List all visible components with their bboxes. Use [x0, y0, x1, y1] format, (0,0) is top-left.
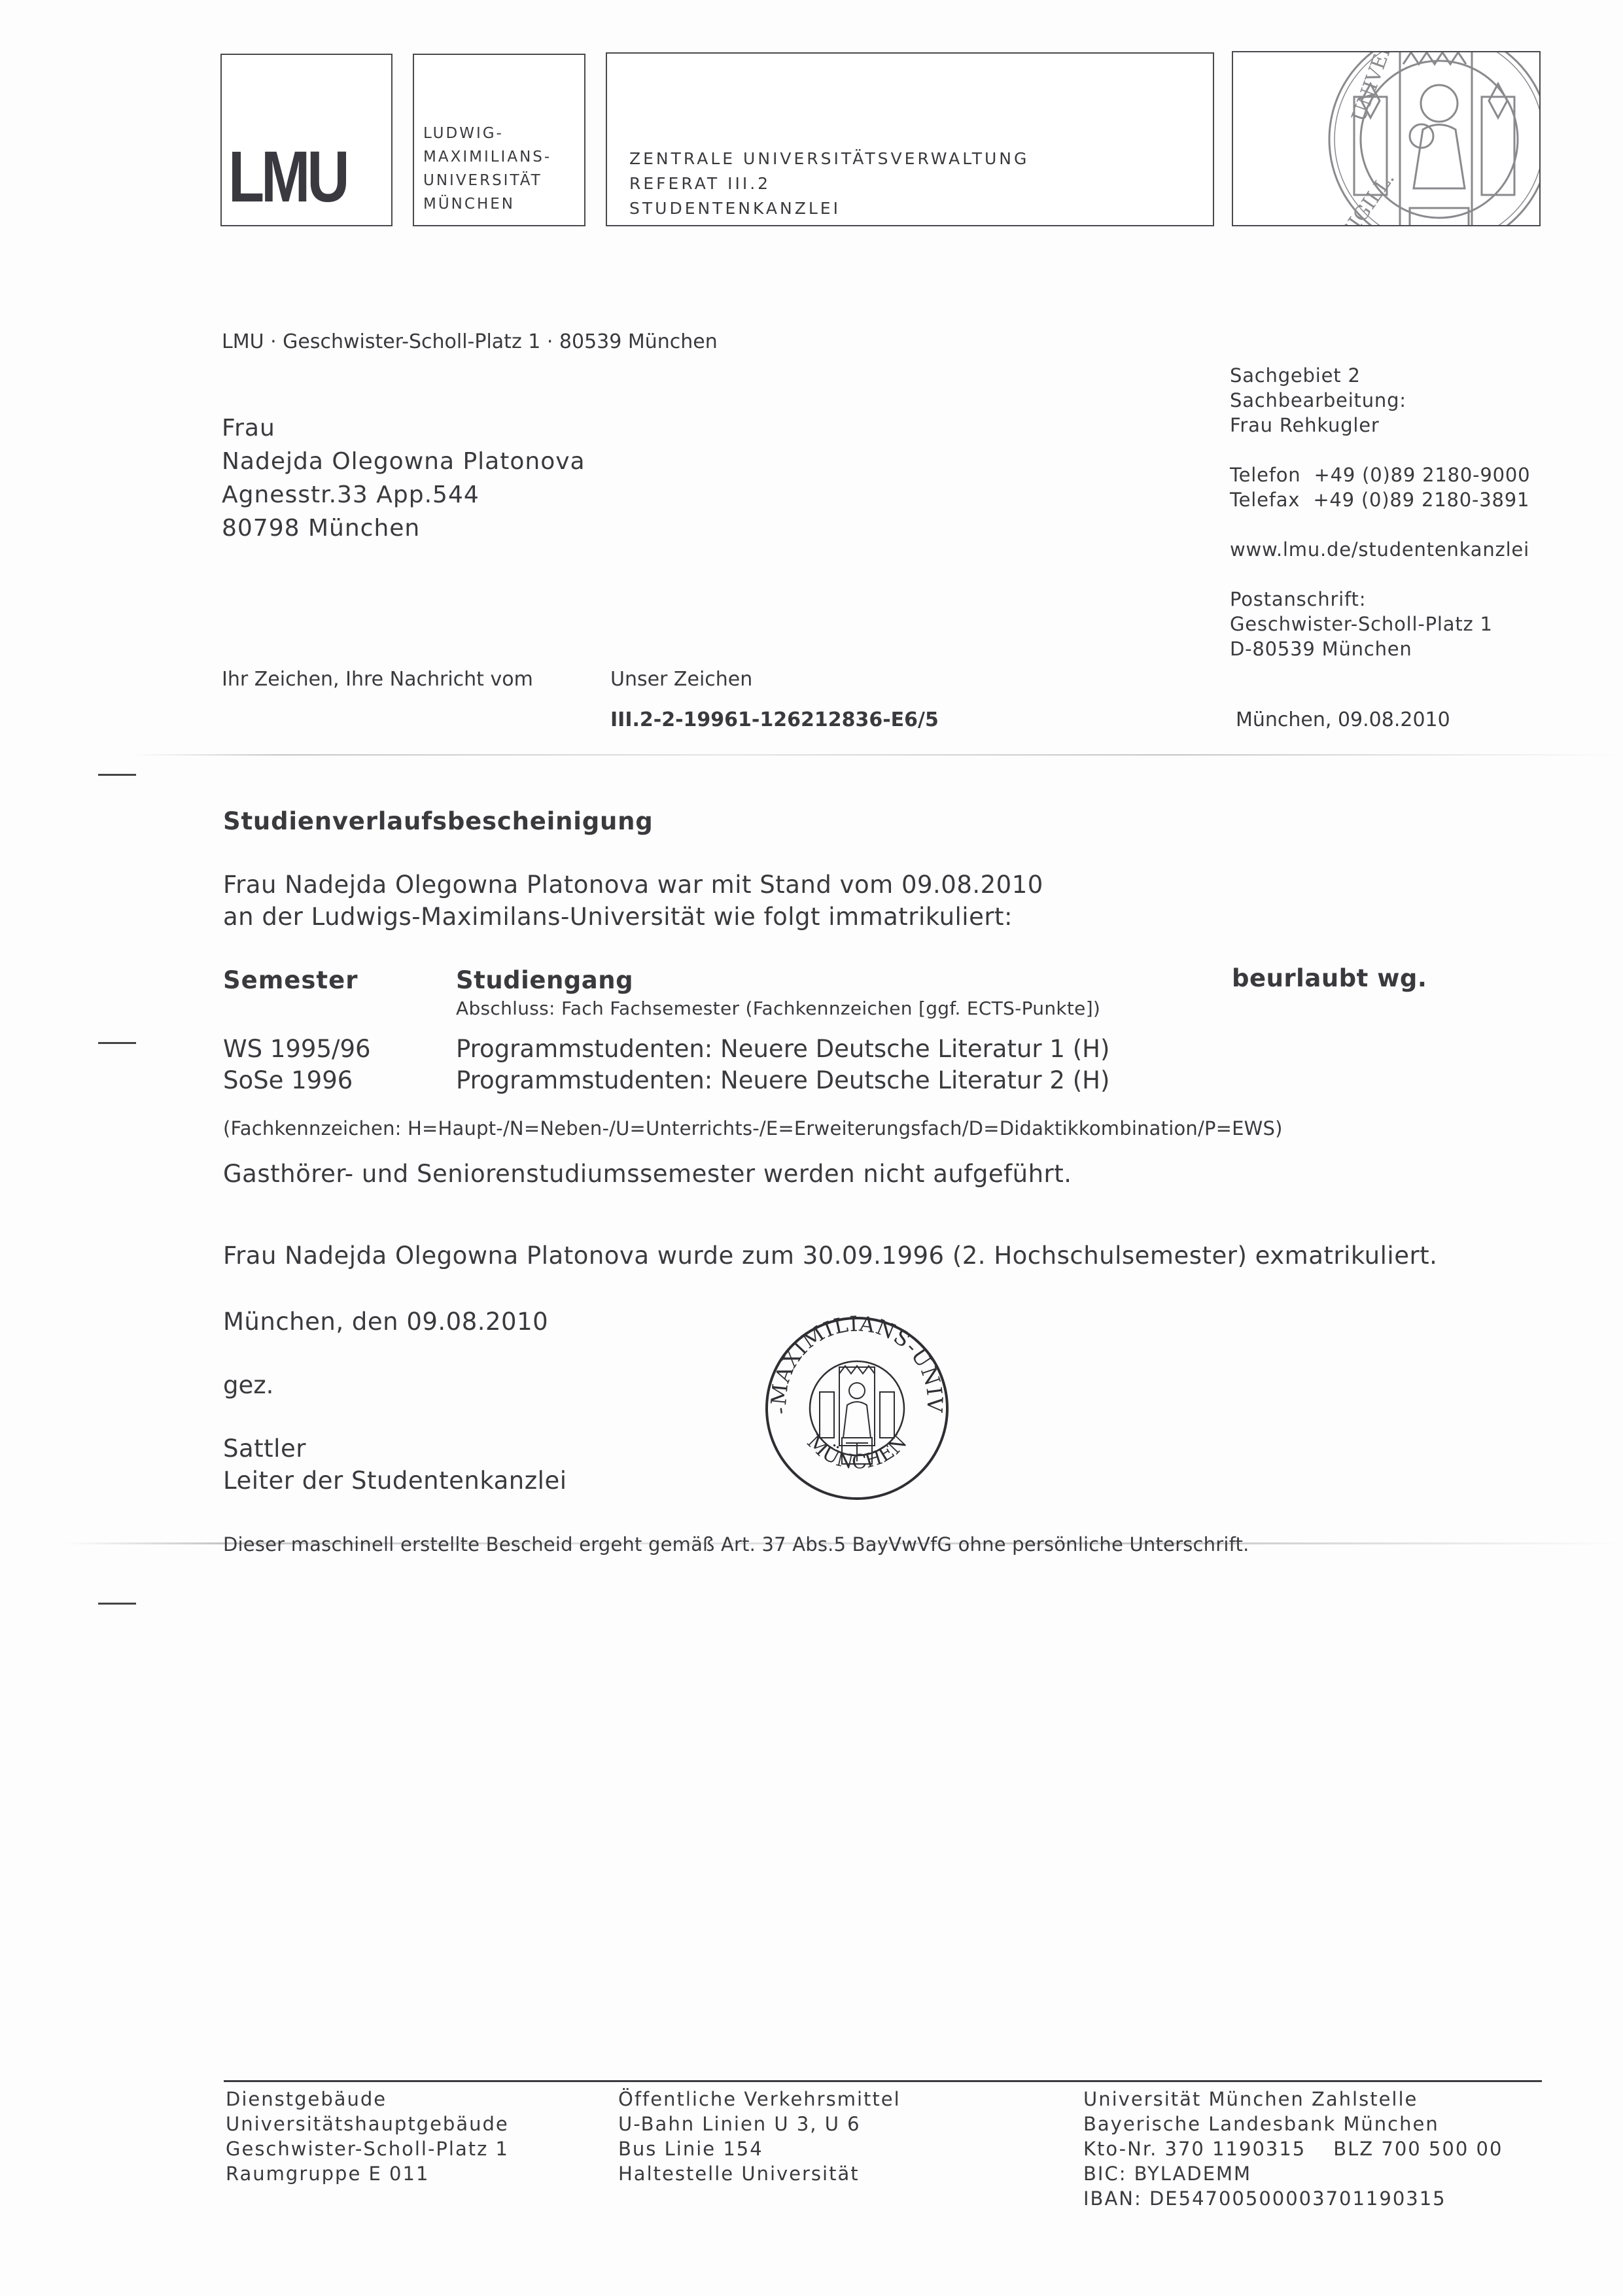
column-subheader-program: Abschluss: Fach Fachsemester (Fachkennze… [456, 998, 1100, 1019]
scan-artifact-line [131, 754, 1623, 756]
postal-city: D-80539 München [1230, 636, 1530, 661]
signer-title: Leiter der Studentenkanzlei [223, 1465, 567, 1497]
bank-bic: BIC: BYLADEMM [1083, 2161, 1503, 2186]
signer-name: Sattler [223, 1433, 567, 1465]
fax-line: Telefax +49 (0)89 2180-3891 [1230, 487, 1530, 512]
bank-account: Kto-Nr. 370 1190315BLZ 700 500 00 [1083, 2136, 1503, 2161]
place-and-date: München, den 09.08.2010 [223, 1308, 548, 1336]
postal-street: Geschwister-Scholl-Platz 1 [1230, 612, 1530, 636]
phone-line: Telefon +49 (0)89 2180-9000 [1230, 462, 1530, 487]
row-semester: WS 1995/96 [223, 1035, 371, 1063]
footer-bank: Universität München Zahlstelle Bayerisch… [1083, 2087, 1503, 2211]
our-reference-value: III.2-2-19961-126212836-E6/5 [610, 708, 939, 731]
guest-semester-note: Gasthörer- und Seniorenstudiumssemester … [223, 1160, 1072, 1188]
university-seal-icon: UNIVERS SIGILL. [1325, 51, 1541, 226]
official-stamp-icon: LUDWIG-MAXIMILIANS-UNIVERSITÄT MÜNCHEN [762, 1313, 952, 1506]
footer-building: Dienstgebäude Universitätshauptgebäude G… [226, 2087, 509, 2186]
sender-return-address: LMU · Geschwister-Scholl-Platz 1 · 80539… [222, 330, 718, 353]
fold-mark [98, 1603, 136, 1605]
postal-label: Postanschrift: [1230, 587, 1530, 612]
university-name: LUDWIG- MAXIMILIANS- UNIVERSITÄT MÜNCHEN [423, 122, 551, 216]
department-name: ZENTRALE UNIVERSITÄTSVERWALTUNG REFERAT … [629, 147, 1029, 221]
disclaimer: Dieser maschinell erstellte Bescheid erg… [223, 1533, 1249, 1556]
intro-paragraph: Frau Nadejda Olegowna Platonova war mit … [223, 869, 1043, 933]
recipient-city: 80798 München [222, 512, 585, 545]
recipient-street: Agnesstr.33 App.544 [222, 478, 585, 512]
recipient-salutation: Frau [222, 411, 585, 445]
footer-transport: Öffentliche Verkehrsmittel U-Bahn Linien… [618, 2087, 901, 2186]
lmu-logo: LMU [228, 141, 347, 213]
department-label: Sachgebiet 2 [1230, 363, 1530, 388]
footer-divider [224, 2080, 1542, 2082]
document-title: Studienverlaufsbescheinigung [223, 807, 654, 835]
lmu-logo-box: LMU [220, 54, 393, 226]
fold-mark [98, 1042, 136, 1044]
handler-label: Sachbearbeitung: [1230, 388, 1530, 413]
contact-sidebar: Sachgebiet 2 Sachbearbeitung: Frau Rehku… [1230, 363, 1530, 661]
bank-payee: Universität München Zahlstelle [1083, 2087, 1503, 2112]
fold-mark [98, 774, 136, 776]
subject-key-note: (Fachkennzeichen: H=Haupt-/N=Neben-/U=Un… [223, 1117, 1283, 1139]
svg-text:LUDWIG-MAXIMILIANS-UNIVERSITÄT: LUDWIG-MAXIMILIANS-UNIVERSITÄT [762, 1313, 947, 1416]
your-reference-label: Ihr Zeichen, Ihre Nachricht vom [222, 668, 533, 691]
exmatriculation-statement: Frau Nadejda Olegowna Platonova wurde zu… [223, 1242, 1437, 1270]
department-box: ZENTRALE UNIVERSITÄTSVERWALTUNG REFERAT … [606, 52, 1214, 226]
column-header-program: Studiengang [456, 966, 633, 994]
signer-block: Sattler Leiter der Studentenkanzlei [223, 1433, 567, 1497]
bank-name: Bayerische Landesbank München [1083, 2112, 1503, 2136]
svg-text:UNIVERS: UNIVERS [1348, 51, 1403, 125]
column-header-leave: beurlaubt wg. [1232, 964, 1427, 992]
row-program: Programmstudenten: Neuere Deutsche Liter… [456, 1066, 1109, 1094]
signed-label: gez. [223, 1371, 273, 1399]
row-semester: SoSe 1996 [223, 1066, 353, 1094]
handler-name: Frau Rehkugler [1230, 413, 1530, 438]
recipient-address: Frau Nadejda Olegowna Platonova Agnesstr… [222, 411, 585, 545]
recipient-name: Nadejda Olegowna Platonova [222, 445, 585, 478]
website-link[interactable]: www.lmu.de/studentenkanzlei [1230, 537, 1530, 562]
university-name-box: LUDWIG- MAXIMILIANS- UNIVERSITÄT MÜNCHEN [413, 54, 585, 226]
bank-iban: IBAN: DE54700500003701190315 [1083, 2186, 1503, 2211]
our-reference-label: Unser Zeichen [610, 668, 752, 691]
letter-date: München, 09.08.2010 [1236, 708, 1450, 731]
seal-box: UNIVERS SIGILL. [1232, 51, 1541, 226]
column-header-semester: Semester [223, 966, 358, 994]
row-program: Programmstudenten: Neuere Deutsche Liter… [456, 1035, 1109, 1063]
